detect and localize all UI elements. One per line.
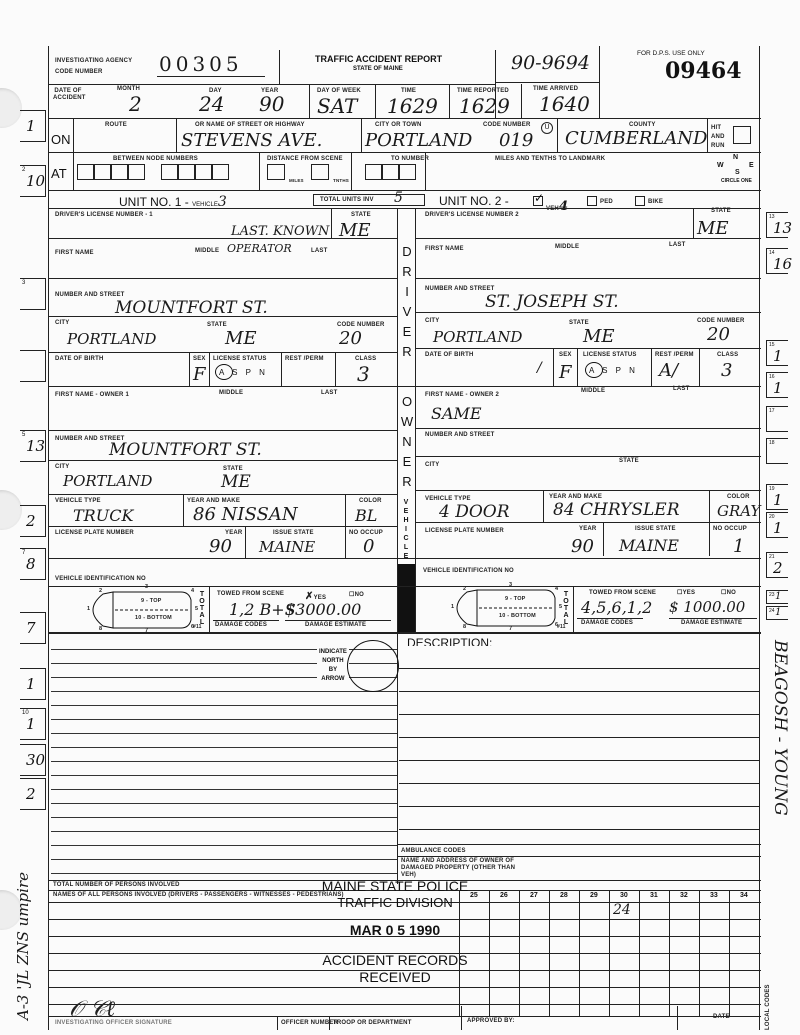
code-number-label: Code Number — [55, 69, 103, 75]
owner2-first-name[interactable]: SAME — [431, 404, 482, 423]
unit2-occupants[interactable]: 1 — [733, 536, 744, 557]
unit2-city[interactable]: PORTLAND — [433, 328, 522, 346]
county[interactable]: CUMBERLAND — [565, 128, 707, 149]
margin-note-left: A-3 'JL ZNS umpire — [14, 872, 32, 1020]
node-number-box[interactable] — [111, 164, 128, 180]
accident-month[interactable]: 2 — [129, 92, 142, 116]
distance-tenths-box[interactable] — [311, 164, 329, 180]
unit2-color[interactable]: GRAY — [717, 502, 760, 520]
node-number-box[interactable] — [365, 164, 382, 180]
veh-checkbox[interactable]: ✓ — [533, 196, 543, 206]
time-reported[interactable]: 1629 — [459, 94, 510, 118]
investigating-agency-label: Investigating Agency — [55, 58, 132, 64]
left-margin-box[interactable]: 30 — [20, 744, 46, 776]
unit1-street[interactable]: MOUNTFORT ST. — [115, 298, 268, 318]
received-stamp: MAINE STATE POLICE TRAFFIC DIVISION MAR … — [285, 878, 505, 985]
node-number-box[interactable] — [161, 164, 178, 180]
unit2-towed-yes[interactable]: ☐YES — [677, 589, 695, 596]
accident-day[interactable]: 24 — [199, 92, 224, 116]
report-subtitle: State of Maine — [353, 66, 403, 72]
left-margin-box[interactable]: 3 — [20, 278, 46, 310]
unit2-street[interactable]: ST. JOSEPH ST. — [485, 292, 619, 312]
unit2-class[interactable]: 3 — [721, 360, 732, 381]
owner1-city[interactable]: PORTLAND — [63, 472, 152, 490]
dps-number: 09464 — [665, 58, 742, 84]
right-margin-box[interactable]: 212 — [766, 552, 788, 578]
right-margin-box[interactable]: 1416 — [766, 248, 788, 274]
col30-value[interactable]: 24 — [613, 902, 631, 918]
node-number-box[interactable] — [195, 164, 212, 180]
right-margin-box[interactable]: 241 — [766, 606, 788, 620]
unit2-sex[interactable]: F — [559, 362, 572, 383]
unit1-city[interactable]: PORTLAND — [67, 330, 156, 348]
unit1-license-note[interactable]: LAST. KNOWN — [231, 224, 329, 239]
traffic-accident-report-form: Investigating Agency Code Number 00305 T… — [48, 46, 760, 1030]
compass-circle-one[interactable]: N W E S Circle One — [709, 154, 759, 188]
left-margin-box[interactable]: 2 — [20, 505, 46, 537]
hit-and-run-checkbox[interactable] — [733, 126, 751, 144]
unit1-car-damage-diagram[interactable]: 9 - TOP10 - BOTTOM12345678 — [85, 588, 205, 632]
unit1-towed-no[interactable]: ☐NO — [349, 591, 364, 598]
node-number-box[interactable] — [77, 164, 94, 180]
day-of-week[interactable]: SAT — [317, 94, 357, 118]
unit2-license-state[interactable]: ME — [697, 218, 729, 239]
right-margin-box[interactable]: 1313 — [766, 212, 788, 238]
right-margin-box[interactable]: 17 — [766, 406, 788, 432]
unit1-vehicle-type[interactable]: TRUCK — [73, 506, 133, 525]
unit1-color[interactable]: BL — [355, 506, 377, 525]
left-margin-box[interactable]: 7 — [20, 612, 46, 644]
bike-checkbox[interactable] — [635, 196, 645, 206]
unit1-license-status[interactable]: A S P N — [219, 368, 268, 377]
report-number[interactable]: 90-9694 — [511, 52, 590, 74]
report-title: TRAFFIC ACCIDENT REPORT — [315, 54, 442, 64]
right-margin-box[interactable]: 161 — [766, 372, 788, 398]
city-code[interactable]: 019 — [499, 130, 533, 151]
node-number-box[interactable] — [178, 164, 195, 180]
unit2-towed-no[interactable]: ☐NO — [721, 589, 736, 596]
left-margin-box[interactable]: 101 — [20, 708, 46, 740]
unit1-sex[interactable]: F — [193, 364, 206, 385]
right-margin-box[interactable]: 18 — [766, 438, 788, 464]
unit2-damage-estimate[interactable]: $ 1000.00 — [669, 598, 745, 616]
right-margin-box[interactable]: 191 — [766, 484, 788, 510]
u-circle: U — [541, 122, 553, 134]
left-margin-box[interactable]: 1 — [20, 110, 46, 142]
time-arrived[interactable]: 1640 — [539, 92, 590, 116]
agency-code[interactable]: 00305 — [159, 52, 243, 76]
unit2-issue-state[interactable]: MAINE — [619, 536, 679, 555]
total-units[interactable]: 5 — [394, 190, 403, 206]
unit1-class[interactable]: 3 — [357, 362, 370, 386]
unit2-car-damage-diagram[interactable]: 9 - TOP10 - BOTTOM12345678 — [449, 586, 569, 630]
total-units-box: Total Units Inv 5 — [313, 194, 425, 206]
unit2-year-make[interactable]: 84 CHRYSLER — [553, 500, 680, 520]
unit2-license-status[interactable]: A S P N — [589, 366, 638, 375]
node-number-box[interactable] — [94, 164, 111, 180]
unit2-plate-year[interactable]: 90 — [571, 536, 594, 557]
accident-year[interactable]: 90 — [259, 92, 284, 116]
margin-note-right: BEAGOSH - YOUNG — [770, 640, 790, 816]
left-margin-box[interactable] — [20, 350, 46, 382]
ped-checkbox[interactable] — [587, 196, 597, 206]
left-margin-box[interactable]: 513 — [20, 430, 46, 462]
unit1-damage-estimate[interactable]: $3000.00 — [285, 600, 361, 619]
left-margin-box[interactable]: 2 — [20, 778, 46, 810]
right-margin-box[interactable]: 201 — [766, 512, 788, 538]
unit1-code[interactable]: 20 — [339, 328, 362, 349]
right-margin-box[interactable]: 231 — [766, 590, 788, 604]
punch-hole — [0, 88, 22, 128]
city-town[interactable]: PORTLAND — [365, 130, 472, 151]
left-margin-box[interactable]: 1 — [20, 668, 46, 700]
unit1-plate-year[interactable]: 90 — [209, 536, 232, 557]
owner1-street[interactable]: MOUNTFORT ST. — [109, 440, 262, 460]
left-margin-box[interactable]: 210 — [20, 165, 46, 197]
unit2-rest-perm[interactable]: A/ — [659, 360, 678, 381]
unit1-issue-state[interactable]: MAINE — [259, 538, 315, 556]
owner1-state[interactable]: ME — [221, 472, 251, 492]
street-name[interactable]: STEVENS AVE. — [181, 130, 322, 151]
accident-time[interactable]: 1629 — [387, 94, 438, 118]
north-arrow-circle[interactable] — [347, 640, 399, 692]
distance-miles-box[interactable] — [267, 164, 285, 180]
node-number-box[interactable] — [212, 164, 229, 180]
unit1-addr-state[interactable]: ME — [225, 328, 257, 349]
unit1-occupants[interactable]: 0 — [363, 536, 374, 557]
dps-label: FOR D.P.S. USE ONLY — [637, 50, 705, 57]
node-number-box[interactable] — [382, 164, 399, 180]
unit1-year-make[interactable]: 86 NISSAN — [193, 504, 298, 525]
officer-signature[interactable]: 𝒪 𝒞ℓ — [69, 996, 115, 1022]
unit2-code[interactable]: 20 — [707, 324, 730, 345]
unit2-damage-codes[interactable]: 4,5,6,1,2 — [581, 598, 652, 617]
node-number-box[interactable] — [128, 164, 145, 180]
node-number-box[interactable] — [399, 164, 416, 180]
description-area[interactable] — [399, 646, 759, 842]
unit2-addr-state[interactable]: ME — [583, 326, 615, 347]
unit2-vehicle-type[interactable]: 4 DOOR — [439, 502, 510, 522]
unit2-title: UNIT NO. 2 - — [439, 194, 509, 208]
unit1-middle-note[interactable]: OPERATOR — [227, 242, 292, 255]
left-margin-box[interactable]: 78 — [20, 548, 46, 580]
punch-hole — [0, 490, 22, 530]
right-margin-box[interactable]: 151 — [766, 340, 788, 366]
indicate-north-label: INDICATE NORTH BY ARROW — [317, 648, 349, 684]
